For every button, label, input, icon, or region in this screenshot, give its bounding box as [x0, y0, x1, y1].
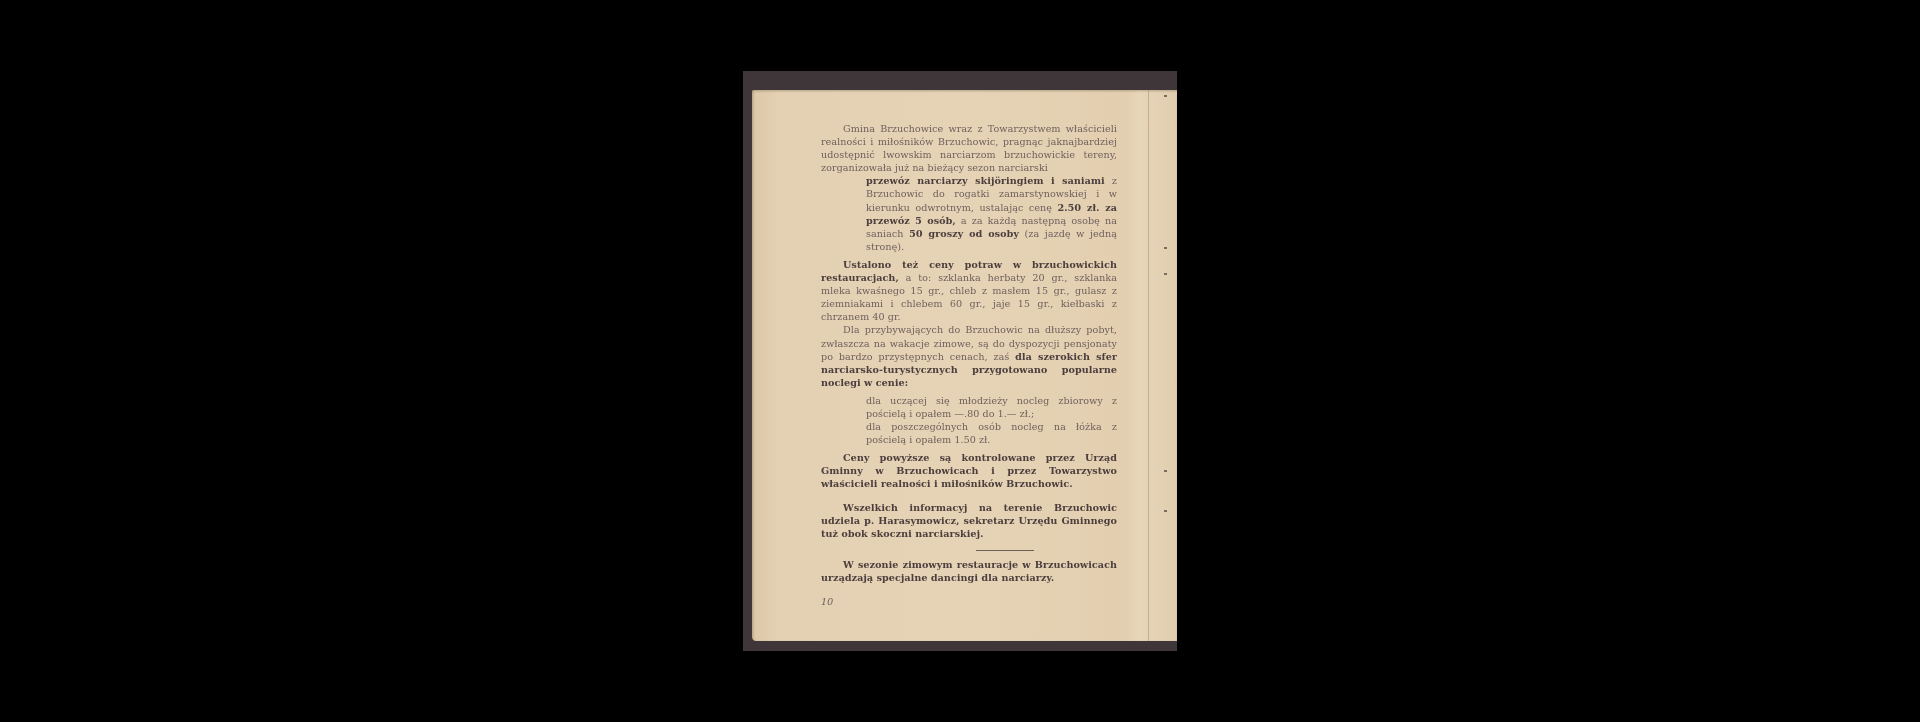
lodging-item: dla poszczególnych osób nocleg na łóżka … — [866, 421, 1117, 447]
binding-mark — [1164, 273, 1167, 275]
paragraph-food-prices: Ustalono też ceny potraw w brzuchowickic… — [821, 259, 1117, 324]
lodging-item: dla uczącej się młodzieży nocleg zbiorow… — [866, 395, 1117, 421]
paragraph-lodging: Dla przybywających do Brzuchowic na dłuż… — [821, 324, 1117, 389]
binding-mark — [1164, 247, 1167, 249]
paragraph-information: Wszelkich informacyj na terenie Brzuchow… — [821, 502, 1117, 541]
transport-heading: przewóz narciarzy skijöringiem i saniami — [866, 176, 1105, 187]
separator-line — [976, 550, 1034, 551]
paragraph-dancing: W sezonie zimowym restauracje w Brzuchow… — [821, 559, 1117, 585]
page-number: 10 — [821, 596, 1117, 609]
binding-mark — [1164, 95, 1167, 97]
page-text: Gmina Brzuchowice wraz z Towarzystwem wł… — [821, 123, 1117, 609]
paragraph-price-control: Ceny powyższe są kontrolowane przez Urzą… — [821, 452, 1117, 491]
scan-frame: Gmina Brzuchowice wraz z Towarzystwem wł… — [743, 71, 1177, 651]
binding-fold — [1148, 90, 1149, 641]
paragraph-intro: Gmina Brzuchowice wraz z Towarzystwem wł… — [821, 123, 1117, 175]
binding-mark — [1164, 510, 1167, 512]
paragraph-transport: przewóz narciarzy skijöringiem i saniami… — [866, 175, 1117, 254]
book-page: Gmina Brzuchowice wraz z Towarzystwem wł… — [752, 90, 1177, 641]
transport-extra-price: 50 groszy od osoby — [909, 229, 1019, 240]
binding-mark — [1164, 470, 1167, 472]
